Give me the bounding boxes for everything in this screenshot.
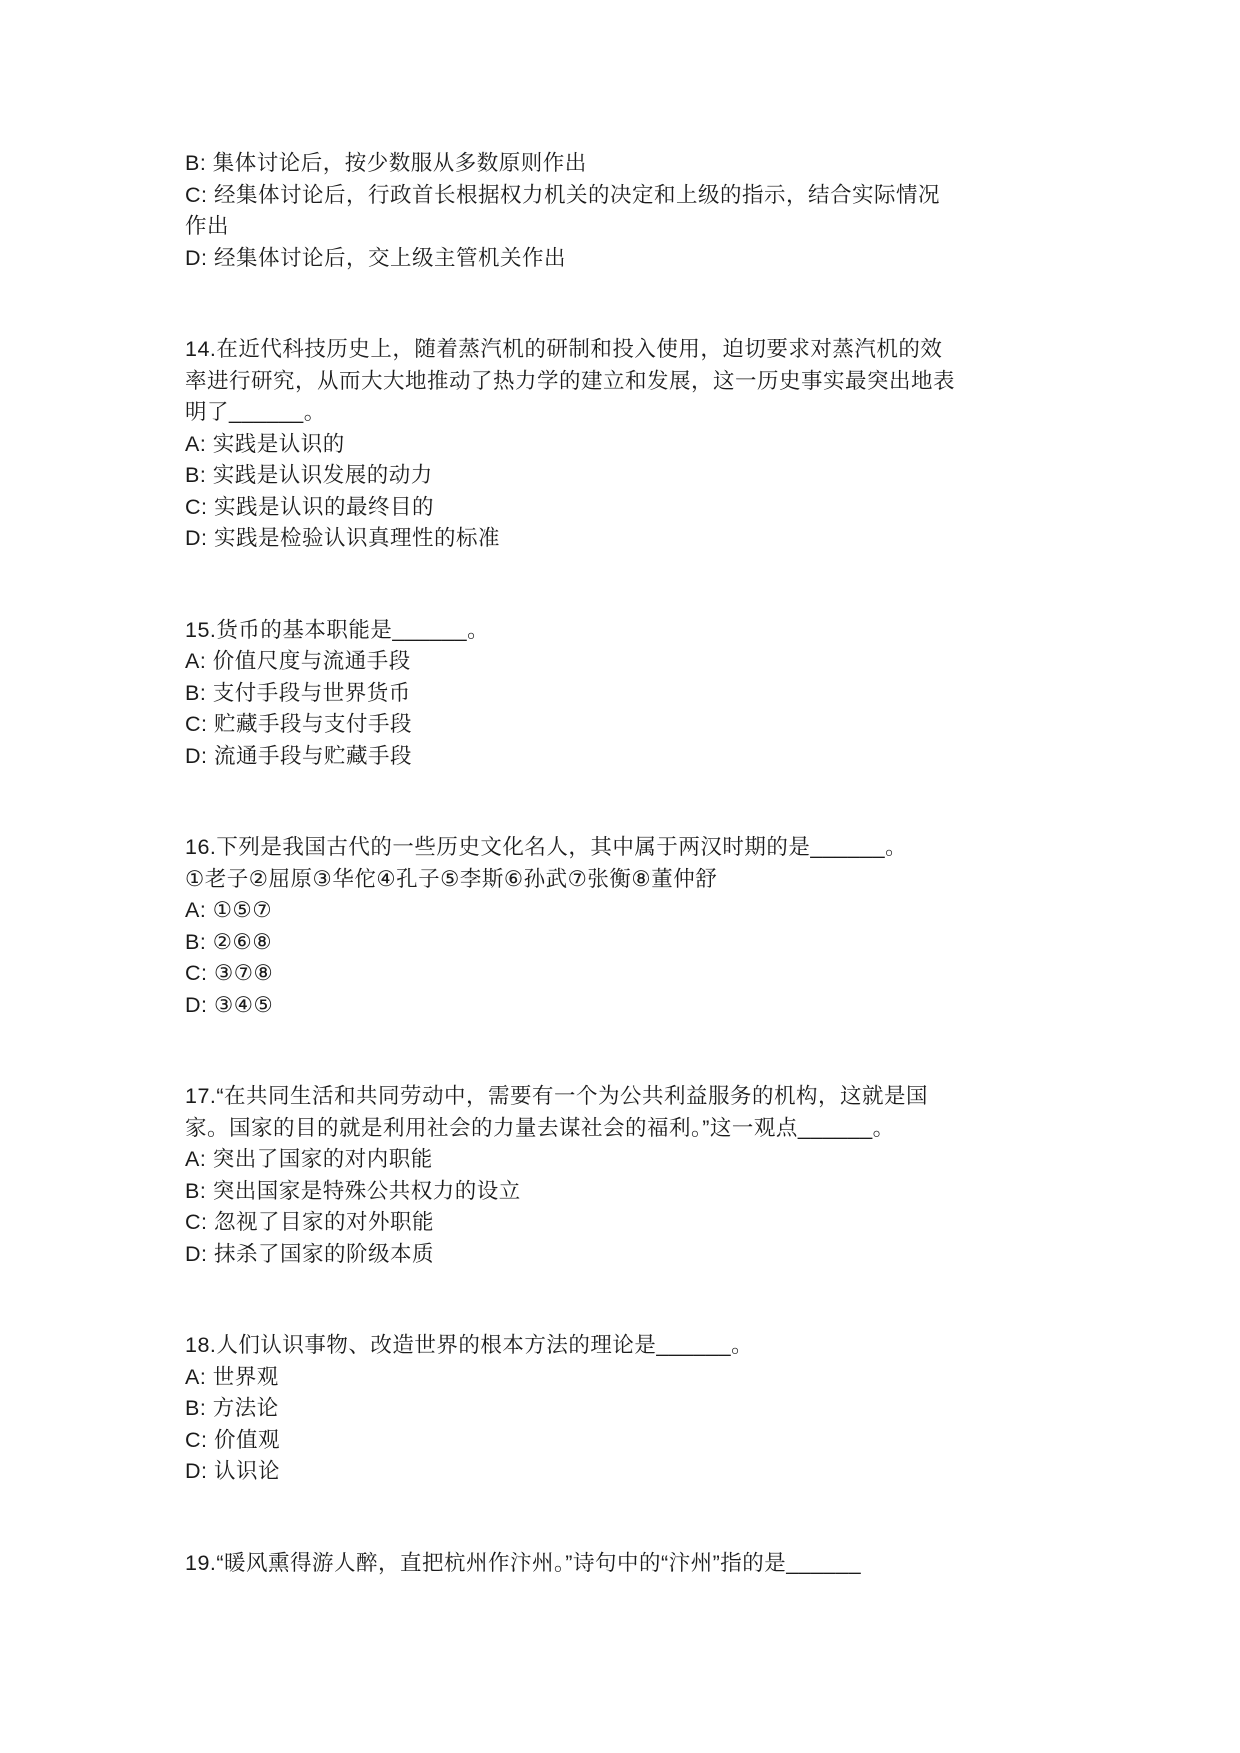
q15-option-b: B: 支付手段与世界货币 — [185, 678, 1080, 710]
q17-stem-line1: 17.“在共同生活和共同劳动中，需要有一个为公共利益服务的机构，这就是国 — [185, 1081, 1080, 1113]
q13-option-c-line2: 作出 — [185, 211, 1080, 243]
q16-option-b: B: ②⑥⑧ — [185, 927, 1080, 959]
q17-option-a: A: 突出了国家的对内职能 — [185, 1144, 1080, 1176]
q14-option-c: C: 实践是认识的最终目的 — [185, 492, 1080, 524]
question-13-options-block: B: 集体讨论后，按少数服从多数原则作出 C: 经集体讨论后，行政首长根据权力机… — [185, 148, 1080, 274]
q15-option-a: A: 价值尺度与流通手段 — [185, 646, 1080, 678]
q17-option-b: B: 突出国家是特殊公共权力的设立 — [185, 1176, 1080, 1208]
question-15-block: 15.货币的基本职能是______。 A: 价值尺度与流通手段 B: 支付手段与… — [185, 615, 1080, 773]
question-14-block: 14.在近代科技历史上，随着蒸汽机的研制和投入使用，迫切要求对蒸汽机的效 率进行… — [185, 334, 1080, 555]
question-16-block: 16.下列是我国古代的一些历史文化名人，其中属于两汉时期的是______。 ①老… — [185, 832, 1080, 1021]
q14-option-b: B: 实践是认识发展的动力 — [185, 460, 1080, 492]
q16-option-d: D: ③④⑤ — [185, 990, 1080, 1022]
q18-option-b: B: 方法论 — [185, 1393, 1080, 1425]
q13-option-d: D: 经集体讨论后，交上级主管机关作出 — [185, 243, 1080, 275]
q18-option-c: C: 价值观 — [185, 1425, 1080, 1457]
q16-stem: 16.下列是我国古代的一些历史文化名人，其中属于两汉时期的是______。 — [185, 832, 1080, 864]
q18-stem: 18.人们认识事物、改造世界的根本方法的理论是______。 — [185, 1330, 1080, 1362]
q14-stem-line2: 率进行研究，从而大大地推动了热力学的建立和发展，这一历史事实最突出地表 — [185, 366, 1080, 398]
q13-option-c-line1: C: 经集体讨论后，行政首长根据权力机关的决定和上级的指示，结合实际情况 — [185, 180, 1080, 212]
q17-option-d: D: 抹杀了国家的阶级本质 — [185, 1239, 1080, 1271]
q14-option-a: A: 实践是认识的 — [185, 429, 1080, 461]
question-19-block: 19.“暖风熏得游人醉，直把杭州作汴州。”诗句中的“汴州”指的是______ — [185, 1548, 1080, 1580]
question-18-block: 18.人们认识事物、改造世界的根本方法的理论是______。 A: 世界观 B:… — [185, 1330, 1080, 1488]
q17-option-c: C: 忽视了目家的对外职能 — [185, 1207, 1080, 1239]
q16-option-c: C: ③⑦⑧ — [185, 958, 1080, 990]
q14-stem-line1: 14.在近代科技历史上，随着蒸汽机的研制和投入使用，迫切要求对蒸汽机的效 — [185, 334, 1080, 366]
q19-stem: 19.“暖风熏得游人醉，直把杭州作汴州。”诗句中的“汴州”指的是______ — [185, 1548, 1080, 1580]
q16-option-a: A: ①⑤⑦ — [185, 895, 1080, 927]
question-17-block: 17.“在共同生活和共同劳动中，需要有一个为公共利益服务的机构，这就是国 家。国… — [185, 1081, 1080, 1270]
q18-option-a: A: 世界观 — [185, 1362, 1080, 1394]
q14-stem-line3: 明了______。 — [185, 397, 1080, 429]
q14-option-d: D: 实践是检验认识真理性的标准 — [185, 523, 1080, 555]
q15-option-c: C: 贮藏手段与支付手段 — [185, 709, 1080, 741]
q13-option-b: B: 集体讨论后，按少数服从多数原则作出 — [185, 148, 1080, 180]
document-page: B: 集体讨论后，按少数服从多数原则作出 C: 经集体讨论后，行政首长根据权力机… — [0, 0, 1240, 1753]
q15-stem: 15.货币的基本职能是______。 — [185, 615, 1080, 647]
q15-option-d: D: 流通手段与贮藏手段 — [185, 741, 1080, 773]
q16-name-list: ①老子②屈原③华佗④孔子⑤李斯⑥孙武⑦张衡⑧董仲舒 — [185, 864, 1080, 896]
q18-option-d: D: 认识论 — [185, 1456, 1080, 1488]
q17-stem-line2: 家。国家的目的就是利用社会的力量去谋社会的福利。”这一观点______。 — [185, 1113, 1080, 1145]
